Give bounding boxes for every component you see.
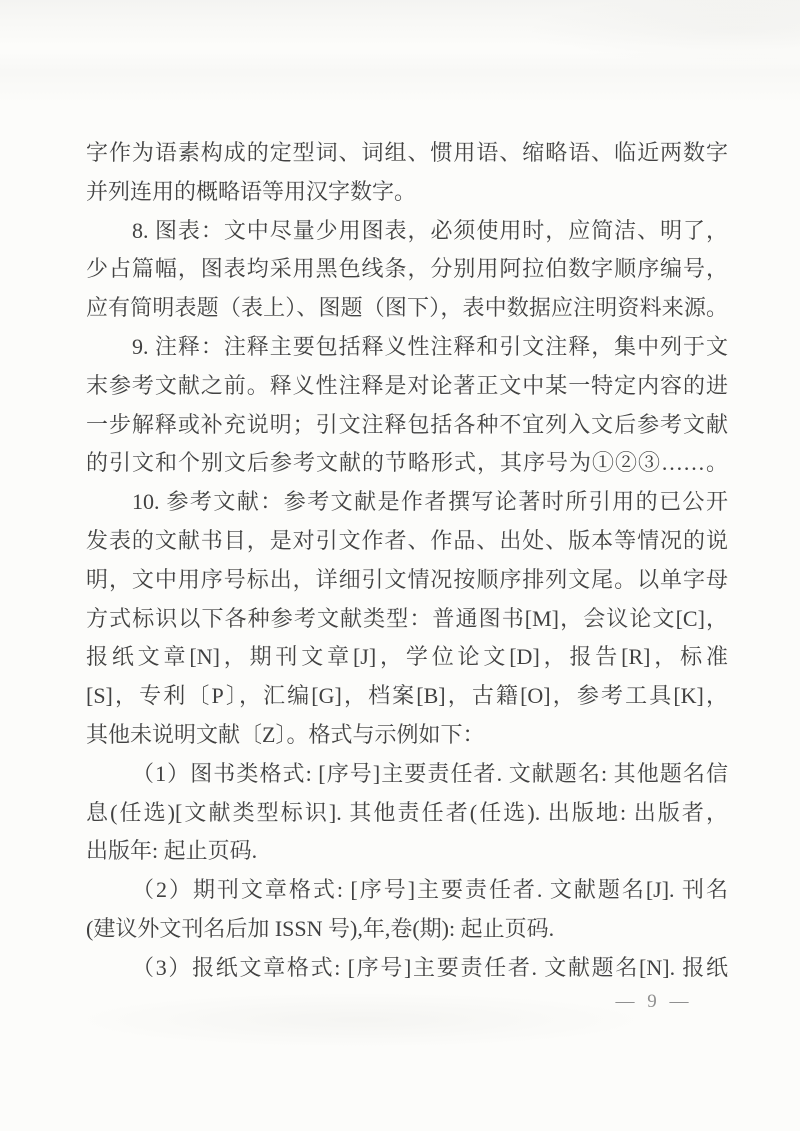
text-line: 字作为语素构成的定型词、词组、惯用语、缩略语、临近两数字: [86, 134, 728, 173]
document-text: 字作为语素构成的定型词、词组、惯用语、缩略语、临近两数字并列连用的概略语等用汉字…: [86, 134, 728, 988]
text-line: 的引文和个别文后参考文献的节略形式，其序号为①②③……。: [86, 444, 728, 483]
text-line: 8. 图表：文中尽量少用图表，必须使用时，应简洁、明了，: [86, 212, 728, 251]
text-line: （1）图书类格式: [序号]主要责任者. 文献题名: 其他题名信: [86, 755, 728, 794]
text-line: 末参考文献之前。释义性注释是对论著正文中某一特定内容的进: [86, 367, 728, 406]
text-line: 明，文中用序号标出，详细引文情况按顺序排列文尾。以单字母: [86, 561, 728, 600]
page-number: — 9 —: [596, 988, 712, 1016]
text-line: （3）报纸文章格式: [序号]主要责任者. 文献题名[N]. 报纸: [86, 949, 728, 988]
text-line: 10. 参考文献：参考文献是作者撰写论著时所引用的已公开: [86, 483, 728, 522]
text-line: 其他未说明文献〔Z〕。格式与示例如下：: [86, 716, 728, 755]
scanned-document-page: 字作为语素构成的定型词、词组、惯用语、缩略语、临近两数字并列连用的概略语等用汉字…: [0, 0, 800, 1131]
text-line: 发表的文献书目，是对引文作者、作品、出处、版本等情况的说: [86, 522, 728, 561]
text-line: 息(任选)[文献类型标识]. 其他责任者(任选). 出版地: 出版者，: [86, 794, 728, 833]
text-line: 报纸文章[N]，期刊文章[J]，学位论文[D]，报告[R]，标准: [86, 638, 728, 677]
text-line: (建议外文刊名后加 ISSN 号),年,卷(期): 起止页码.: [86, 910, 728, 949]
text-line: 并列连用的概略语等用汉字数字。: [86, 173, 728, 212]
text-line: 一步解释或补充说明；引文注释包括各种不宜列入文后参考文献: [86, 406, 728, 445]
text-line: [S]，专利〔P〕，汇编[G]，档案[B]，古籍[O]，参考工具[K]，: [86, 677, 728, 716]
text-line: 方式标识以下各种参考文献类型：普通图书[M]，会议论文[C]，: [86, 600, 728, 639]
text-line: 应有简明表题（表上）、图题（图下），表中数据应注明资料来源。: [86, 289, 728, 328]
text-line: 少占篇幅，图表均采用黑色线条，分别用阿拉伯数字顺序编号，: [86, 250, 728, 289]
text-line: 9. 注释：注释主要包括释义性注释和引文注释，集中列于文: [86, 328, 728, 367]
text-line: 出版年: 起止页码.: [86, 832, 728, 871]
text-line: （2）期刊文章格式: [序号]主要责任者. 文献题名[J]. 刊名: [86, 871, 728, 910]
